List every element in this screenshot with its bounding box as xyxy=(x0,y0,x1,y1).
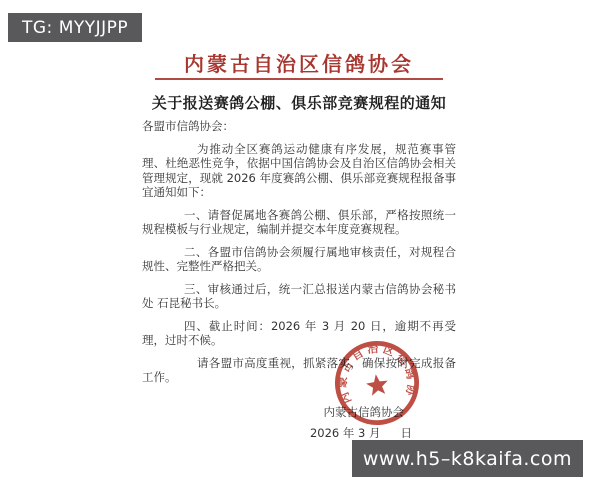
salutation: 各盟市信鸽协会： xyxy=(142,119,456,134)
signature-date-suffix: 日 xyxy=(401,426,413,440)
signature-date: 2026 年 3 月日 xyxy=(142,426,456,441)
intro-paragraph: 为推动全区赛鸽运动健康有序发展，规范赛事管理、杜绝恶性竞争，依据中国信鸽协会及自… xyxy=(142,142,456,200)
org-title: 内蒙古自治区信鸽协会 xyxy=(142,57,456,72)
notice-title: 关于报送赛鸽公棚、俱乐部竞赛规程的通知 xyxy=(142,96,456,111)
notice-item-3: 三、审核通过后，统一汇总报送内蒙古信鸽协会秘书处 石昆秘书长。 xyxy=(142,282,456,311)
signature-date-prefix: 2026 年 3 月 xyxy=(310,426,381,440)
closing-paragraph: 请各盟市高度重视，抓紧落实，确保按时完成报备工作。 xyxy=(142,356,456,385)
notice-item-2: 二、各盟市信鸽协会须履行属地审核责任，对规程合规性、完整性严格把关。 xyxy=(142,245,456,274)
website-watermark-badge: www.h5–k8kaifa.com xyxy=(352,440,583,477)
notice-item-1: 一、请督促属地各赛鸽公棚、俱乐部，严格按照统一规程模板与行业规定，编制并提交本年… xyxy=(142,208,456,237)
signature-org: 内蒙古信鸽协会 xyxy=(142,405,456,420)
title-divider xyxy=(155,78,443,80)
telegram-watermark-badge: TG: MYYJJPP xyxy=(8,13,142,42)
website-watermark-text: www.h5–k8kaifa.com xyxy=(363,448,572,470)
notice-item-4: 四、截止时间：2026 年 3 月 20 日，逾期不再受理，过时不候。 xyxy=(142,319,456,348)
notice-document: 内蒙古自治区信鸽协会 关于报送赛鸽公棚、俱乐部竞赛规程的通知 各盟市信鸽协会： … xyxy=(142,45,456,441)
telegram-watermark-text: TG: MYYJJPP xyxy=(22,18,128,38)
